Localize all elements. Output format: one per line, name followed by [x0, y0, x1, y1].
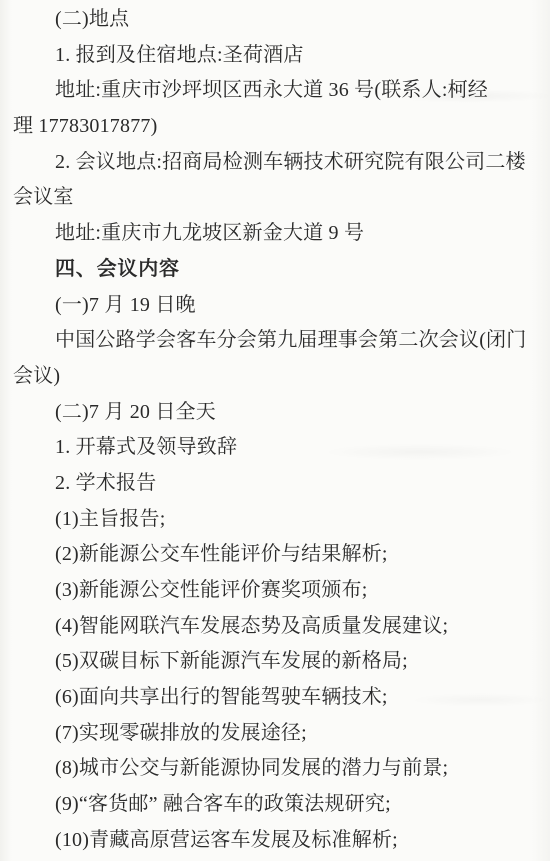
- text-line: 2. 学术报告: [0, 466, 550, 502]
- text-line: (6)面向共享出行的智能驾驶车辆技术;: [0, 680, 550, 716]
- text-line: 1. 报到及住宿地点:圣荷酒店: [0, 38, 550, 74]
- scanned-document-page: (二)地点1. 报到及住宿地点:圣荷酒店地址:重庆市沙坪坝区西永大道 36 号(…: [0, 0, 550, 861]
- text-line: 中国公路学会客车分会第九届理事会第二次会议(闭门: [0, 323, 550, 359]
- text-line: (9)“客货邮” 融合客车的政策法规研究;: [0, 787, 550, 823]
- text-line: 地址:重庆市九龙坡区新金大道 9 号: [0, 216, 550, 252]
- text-line: 1. 开幕式及领导致辞: [0, 430, 550, 466]
- text-line: (1)主旨报告;: [0, 502, 550, 538]
- text-line: (7)实现零碳排放的发展途径;: [0, 716, 550, 752]
- text-line: (2)新能源公交车性能评价与结果解析;: [0, 537, 550, 573]
- text-line: (4)智能网联汽车发展态势及高质量发展建议;: [0, 609, 550, 645]
- text-line: (3)新能源公交性能评价赛奖项颁布;: [0, 573, 550, 609]
- text-line: (一)7 月 19 日晚: [0, 288, 550, 324]
- text-line: (二)地点: [0, 2, 550, 38]
- text-line: 2. 会议地点:招商局检测车辆技术研究院有限公司二楼: [0, 145, 550, 181]
- text-line: 会议): [0, 359, 550, 395]
- text-line: 地址:重庆市沙坪坝区西永大道 36 号(联系人:柯经: [0, 73, 550, 109]
- section-heading: 四、会议内容: [0, 252, 550, 288]
- text-line: (10)青藏高原营运客车发展及标准解析;: [0, 823, 550, 859]
- text-line: (8)城市公交与新能源协同发展的潜力与前景;: [0, 751, 550, 787]
- text-line: 理 17783017877): [0, 109, 550, 145]
- text-line: 会议室: [0, 180, 550, 216]
- text-line: (5)双碳目标下新能源汽车发展的新格局;: [0, 644, 550, 680]
- text-line: (二)7 月 20 日全天: [0, 395, 550, 431]
- document-body: (二)地点1. 报到及住宿地点:圣荷酒店地址:重庆市沙坪坝区西永大道 36 号(…: [0, 2, 550, 859]
